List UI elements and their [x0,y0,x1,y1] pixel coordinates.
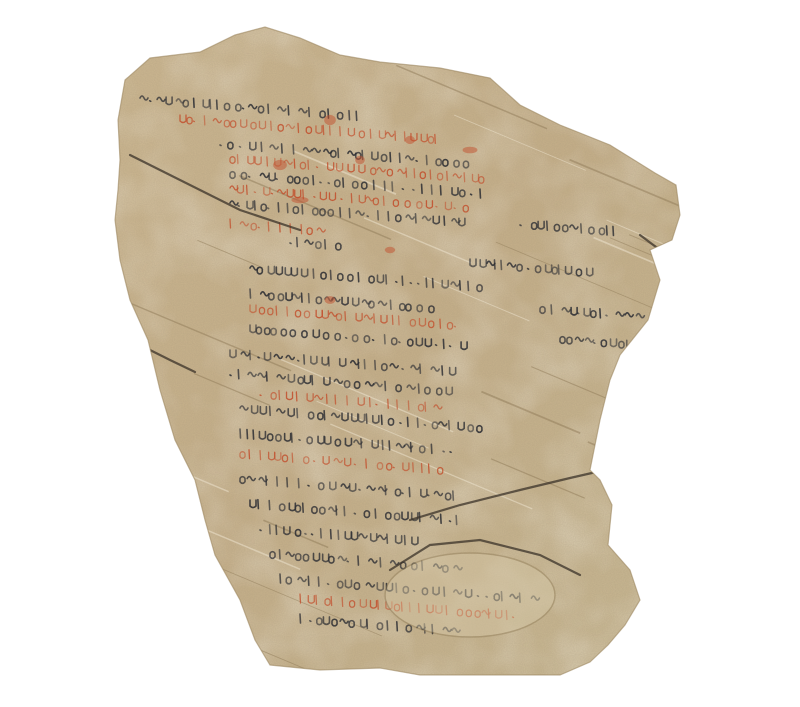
ostracon-illustration [0,0,800,707]
stone-body [0,0,800,707]
ostracon-photo: Ancient Egyptian ostracon (limestone fla… [0,0,800,707]
